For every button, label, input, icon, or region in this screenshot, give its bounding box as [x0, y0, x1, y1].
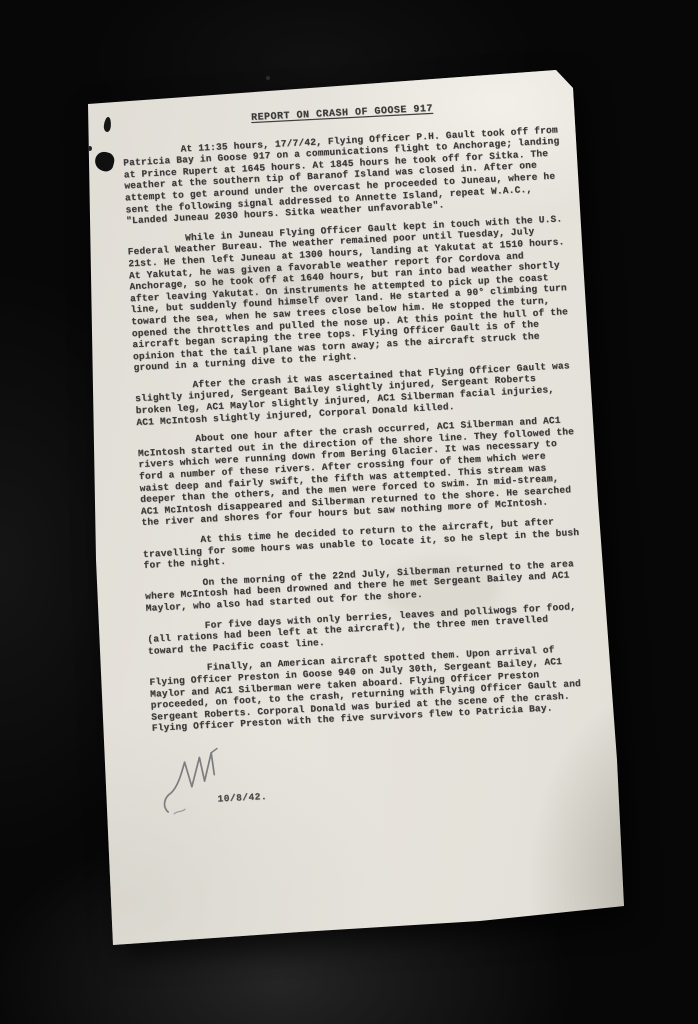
typewritten-content: REPORT ON CRASH OF GOOSE 917 At 11:35 ho…	[121, 97, 599, 848]
document-page: REPORT ON CRASH OF GOOSE 917 At 11:35 ho…	[0, 0, 698, 1024]
ink-blot-drip	[103, 117, 112, 133]
paragraph-rescue: Finally, an American aircraft spotted th…	[149, 643, 594, 735]
paragraph-river-crossing: About one hour after the crash occurred,…	[137, 414, 583, 529]
ink-blot-dot	[88, 146, 92, 151]
signature-area: 10/8/42.	[153, 726, 599, 848]
paper-shadow-wrap: REPORT ON CRASH OF GOOSE 917 At 11:35 ho…	[0, 0, 698, 1024]
date-stamp: 10/8/42.	[217, 791, 267, 805]
ink-blot	[93, 150, 116, 173]
handwritten-initials-mark	[159, 746, 240, 818]
photo-stage: REPORT ON CRASH OF GOOSE 917 At 11:35 ho…	[0, 0, 698, 1024]
photo-background: { "photo": { "background_color": "#07070…	[0, 0, 698, 1024]
paragraph-weather-and-crash: While in Juneau Flying Officer Gault kep…	[127, 213, 575, 374]
paragraph-flight-departure: At 11:35 hours, 17/7/42, Flying Officer …	[122, 124, 568, 227]
document-title: REPORT ON CRASH OF GOOSE 917	[121, 97, 563, 131]
